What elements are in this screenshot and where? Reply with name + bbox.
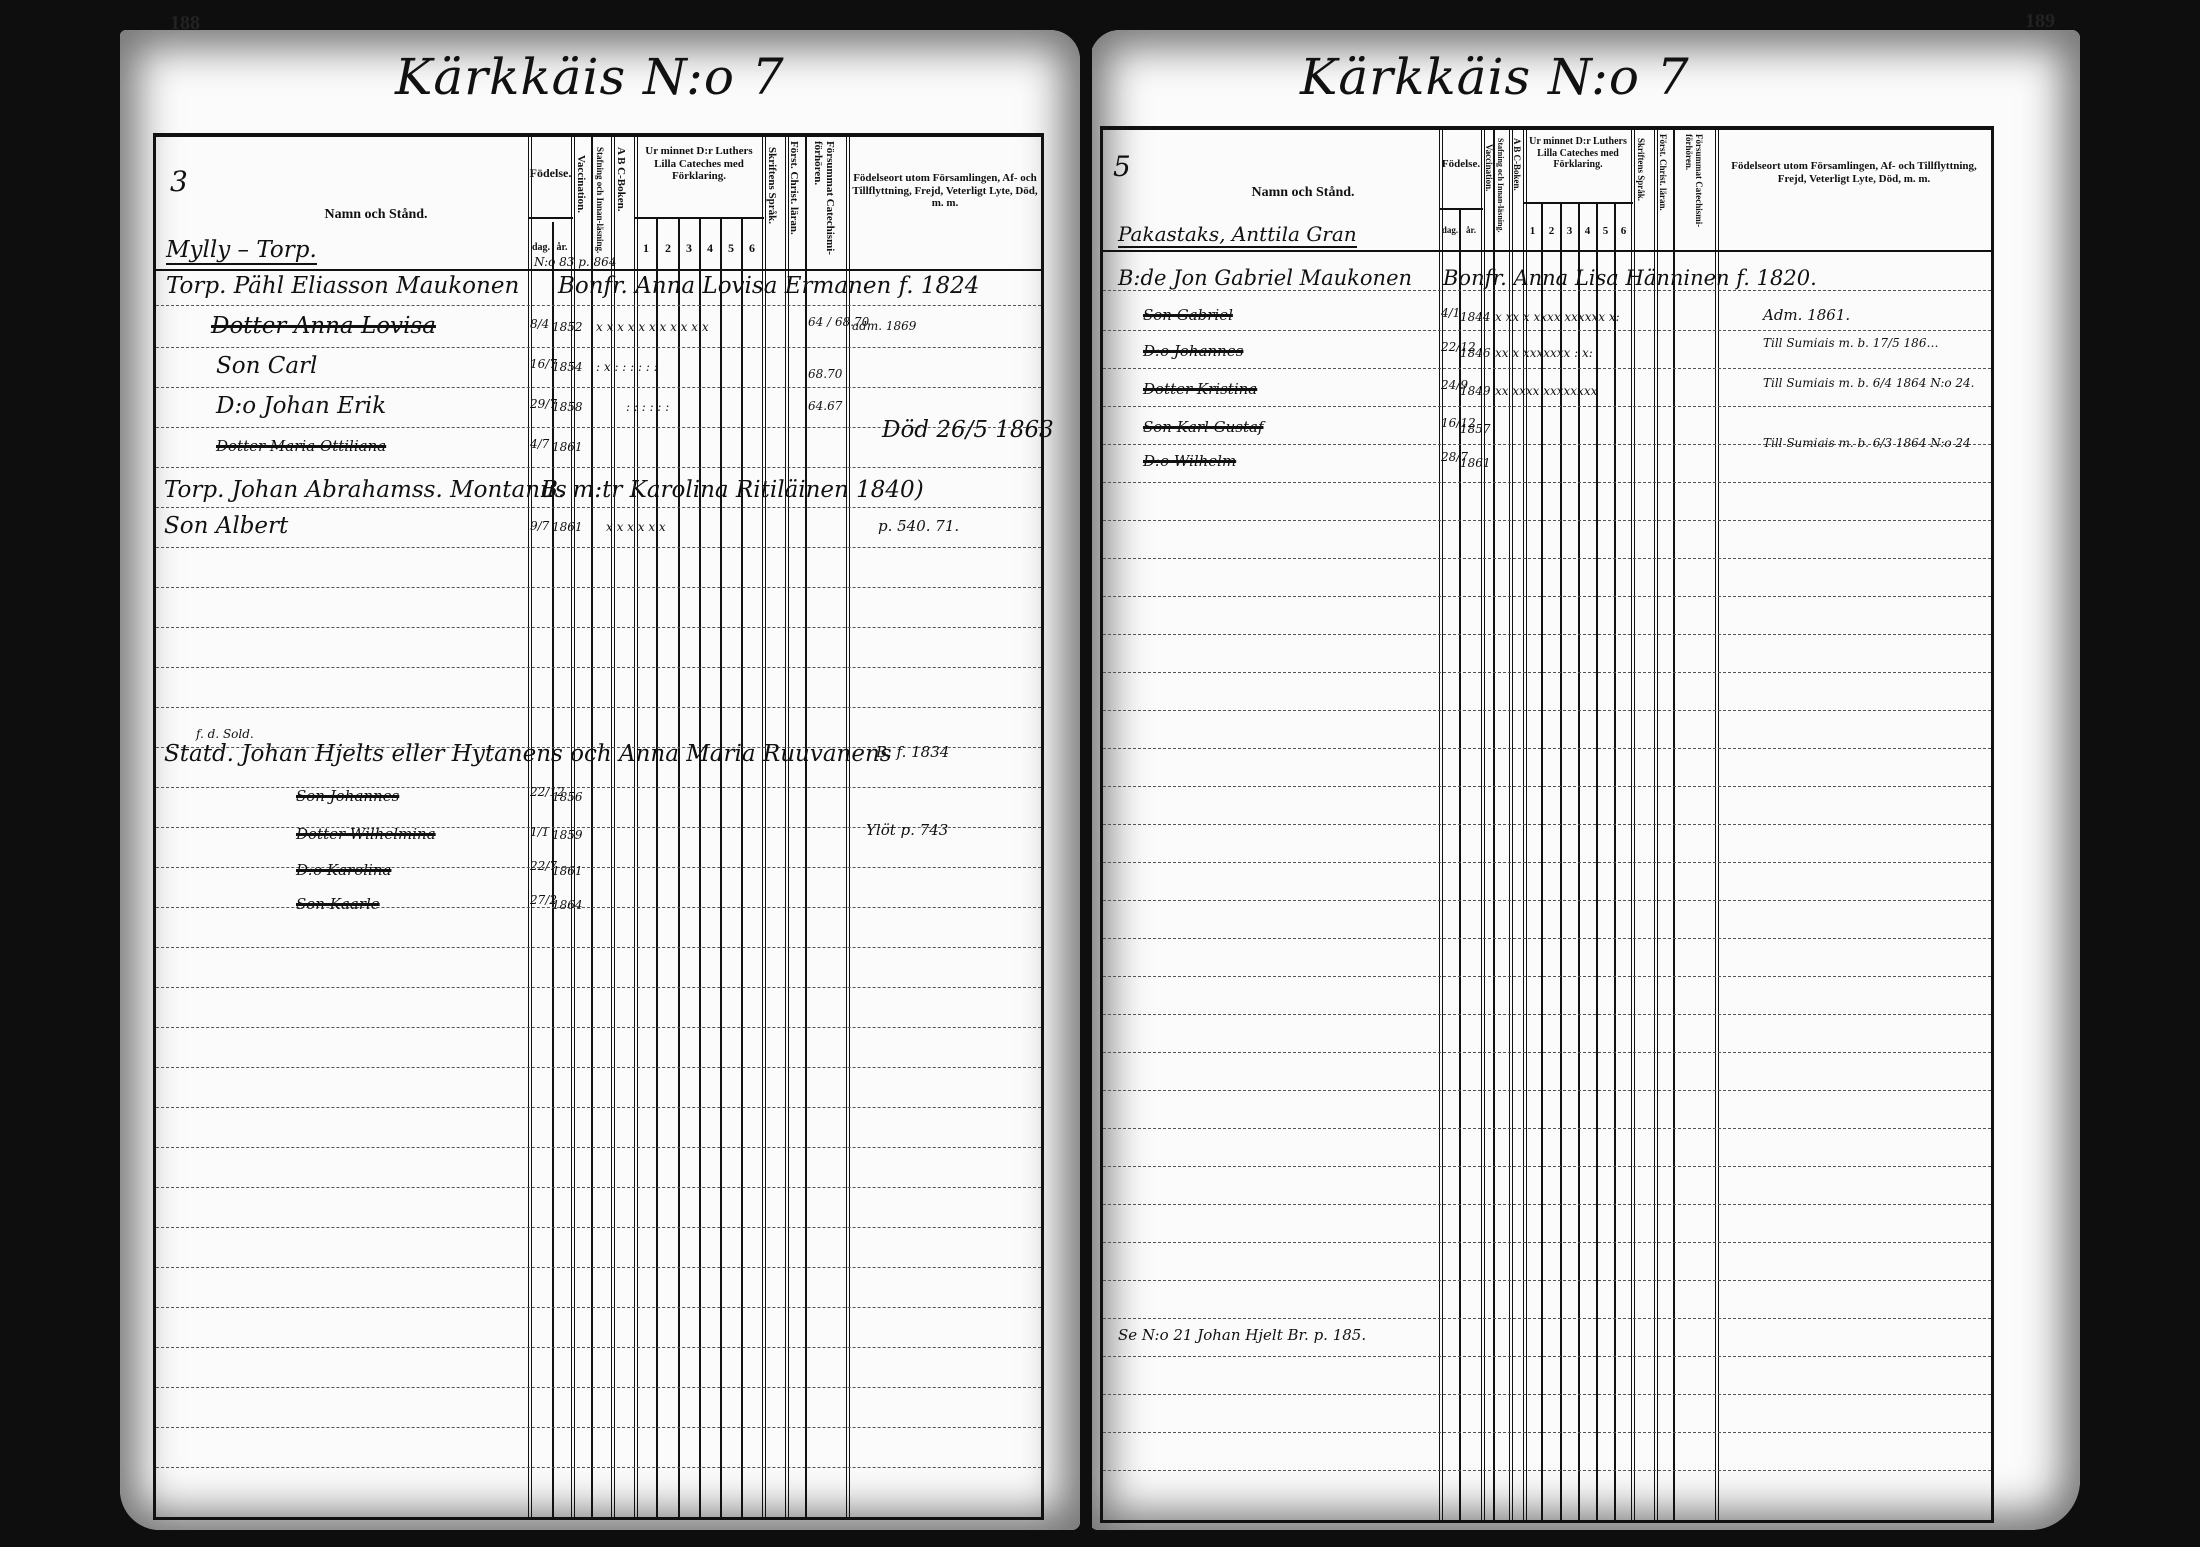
entry-name: Son Karl Gustaf xyxy=(1143,418,1263,436)
page-title-right: Kärkkäis N:o 7 xyxy=(1300,48,1690,106)
register-table-left: 3 Namn och Stånd. Födelse. dag. år. Vacc… xyxy=(153,133,1044,1520)
entry-day: 1/1 xyxy=(530,825,549,839)
entry-marks: x x x x x x xyxy=(606,520,666,534)
entry-year: 1858 xyxy=(552,400,583,414)
entry-day: 4/7 xyxy=(530,437,549,451)
header-remarks: Födelseort utom Församlingen, Af- och Ti… xyxy=(850,172,1040,210)
header-birth-day: dag. xyxy=(530,242,552,254)
header-birth-year: år. xyxy=(553,242,571,254)
header-remarks: Födelseort utom Församlingen, Af- och Ti… xyxy=(1719,160,1989,185)
register-table-right: 5 Namn och Stånd. Födelse. dag. år. Vacc… xyxy=(1100,126,1994,1523)
header-catechism: Ur minnet D:r Luthers Lilla Cateches med… xyxy=(1524,136,1632,171)
page-number-left: 188 xyxy=(170,12,200,35)
entry-name: D:o Johan Erik xyxy=(216,393,386,419)
entry-remark: Till Sumiais m. b. 6/4 1864 N:o 24. xyxy=(1763,376,1975,390)
header-christian-teaching: Först. Christ. läran. xyxy=(1657,134,1667,249)
entry-missed: 64.67 xyxy=(808,399,842,413)
page-title-left: Kärkkäis N:o 7 xyxy=(395,48,785,106)
entry-name: Dotter Anna Lovisa xyxy=(211,313,436,339)
entry-year: 1844 xyxy=(1460,310,1491,324)
header-catechism-col-5: 5 xyxy=(1597,225,1614,238)
header-birth-year: år. xyxy=(1461,225,1481,235)
header-catechism-col-4: 4 xyxy=(700,242,720,256)
entry-day: 8/4 xyxy=(530,317,549,331)
header-abc-book: A B C-Boken. xyxy=(1511,138,1521,248)
header-vaccination: Vaccination. xyxy=(1483,144,1493,244)
entry-extra: B. m:tr Karolina Ritiläinen 1840) xyxy=(541,477,924,503)
entry-name: Dotter Kristina xyxy=(1143,380,1257,398)
header-catechism-col-3: 3 xyxy=(679,242,699,256)
header-catechism-col-4: 4 xyxy=(1579,225,1596,238)
header-catechism-col-6: 6 xyxy=(1615,225,1632,238)
entry-name: D:o Wilhelm xyxy=(1143,452,1236,470)
entry-year: 1854 xyxy=(552,360,583,374)
entry-marks: : x : : : : : : xyxy=(596,360,658,374)
entry-year: 1856 xyxy=(552,790,583,804)
header-scripture: Skriftens Språk. xyxy=(1635,138,1645,248)
section-heading-left: Mylly – Torp. xyxy=(166,237,317,265)
entry-day: 9/7 xyxy=(530,519,549,533)
entry-marks: x xx x xxxx xxxxxx x: xyxy=(1495,310,1620,324)
entry-year: 1852 xyxy=(552,320,583,334)
header-missed-catechism: Försummat Catechismi-förhören. xyxy=(1683,134,1703,249)
entry-remark: Död 26/5 1863 xyxy=(882,417,1054,443)
header-catechism-col-1: 1 xyxy=(636,242,656,256)
header-catechism: Ur minnet D:r Luthers Lilla Cateches med… xyxy=(636,145,762,183)
entry-year: 1861 xyxy=(552,440,583,454)
entry-name: D:o Johannes xyxy=(1143,342,1243,360)
entry-year: 1857 xyxy=(1460,422,1491,436)
header-birth: Födelse. xyxy=(528,167,573,181)
header-birth-day: dag. xyxy=(1440,225,1460,235)
entry-marks: x x x x x x x x x x x xyxy=(596,320,709,334)
entry-name: Son Kaarle xyxy=(296,895,380,913)
entry-remark: Till Sumiais m. b. 17/5 186… xyxy=(1763,336,1938,350)
header-birth: Födelse. xyxy=(1439,158,1483,171)
birth-subheader-line xyxy=(528,217,573,219)
entry-year: 1846 xyxy=(1460,346,1491,360)
header-catechism-col-6: 6 xyxy=(742,242,762,256)
book-gutter xyxy=(1080,0,1092,1547)
entry-missed: 68.70 xyxy=(808,367,842,381)
section-heading-right: Pakastaks, Anttila Gran xyxy=(1118,222,1357,248)
entry-name: Son Johannes xyxy=(296,787,399,805)
page-number-right: 189 xyxy=(2025,10,2055,33)
entry-marks: xx x xxxxxxx : x: xyxy=(1495,346,1593,360)
entry-name: D:o Karolina xyxy=(296,861,391,879)
header-name: Namn och Stånd. xyxy=(1203,185,1403,201)
entry-name: B:de Jon Gabriel Maukonen xyxy=(1118,266,1412,290)
entry-name: Son Albert xyxy=(164,513,288,539)
footer-note-right: Se N:o 21 Johan Hjelt Br. p. 185. xyxy=(1118,1326,1366,1344)
header-catechism-col-2: 2 xyxy=(658,242,678,256)
entry-year: 1861 xyxy=(552,864,583,878)
header-catechism-col-2: 2 xyxy=(1543,225,1560,238)
entry-year: 1849 xyxy=(1460,384,1491,398)
entry-extra: B. f. 1834 xyxy=(876,743,949,761)
header-vaccination: Vaccination. xyxy=(575,155,587,260)
household-number-left: 3 xyxy=(170,165,188,198)
header-christian-teaching: Först. Christ. läran. xyxy=(788,141,800,266)
header-name: Namn och Stånd. xyxy=(276,207,476,223)
entry-year: 1861 xyxy=(1460,456,1491,470)
entry-remark: adm. 1869 xyxy=(852,319,916,333)
entry-name: Son Carl xyxy=(216,353,317,379)
household-number-right: 5 xyxy=(1113,150,1131,183)
catechism-subheader-line xyxy=(634,217,764,219)
header-reading: Stafning och Innan-läsning. xyxy=(594,147,604,262)
header-reading: Stafning och Innan-läsning. xyxy=(1495,138,1504,248)
entry-name: Dotter Wilhelmina xyxy=(296,825,436,843)
header-catechism-col-3: 3 xyxy=(1561,225,1578,238)
header-scripture: Skriftens Språk. xyxy=(766,147,778,262)
entry-note: f. d. Sold. xyxy=(196,727,254,741)
header-catechism-col-1: 1 xyxy=(1524,225,1541,238)
entry-year: 1861 xyxy=(552,520,583,534)
header-missed-catechism: Försummat Catechismi-förhören. xyxy=(812,141,836,266)
entry-remark: Till Sumiais m. b. 6/3 1864 N:o 24 xyxy=(1763,436,1971,450)
entry-remark: Adm. 1861. xyxy=(1763,306,1850,324)
entry-year: 1864 xyxy=(552,898,583,912)
entry-name: Torp. Pähl Eliasson Maukonen xyxy=(166,273,519,299)
entry-remark: p. 540. 71. xyxy=(878,517,959,535)
entry-name: Dotter Maria Ottiliana xyxy=(216,437,386,455)
entry-marks: xx xxxx xxxxxxxx xyxy=(1495,384,1597,398)
entry-remark: Ylöt p. 743 xyxy=(866,821,948,839)
entry-name: Torp. Johan Abrahamss. Montanus xyxy=(164,477,567,503)
entry-name: Statd. Johan Hjelts eller Hytanens och A… xyxy=(164,741,892,767)
entry-extra: Bonfr. Anna Lisa Hänninen f. 1820. xyxy=(1443,266,1817,290)
header-catechism-col-5: 5 xyxy=(721,242,741,256)
entry-marks: : : : : : : xyxy=(626,400,669,414)
entry-day: 4/1 xyxy=(1441,306,1460,320)
entry-note: N:o 83 p. 864 xyxy=(534,255,616,269)
entry-extra: Bonfr. Anna Lovisa Ermanen f. 1824 xyxy=(558,273,979,299)
entry-name: Son Gabriel xyxy=(1143,306,1233,324)
entry-year: 1859 xyxy=(552,828,583,842)
header-abc-book: A B C-Boken. xyxy=(615,147,627,262)
